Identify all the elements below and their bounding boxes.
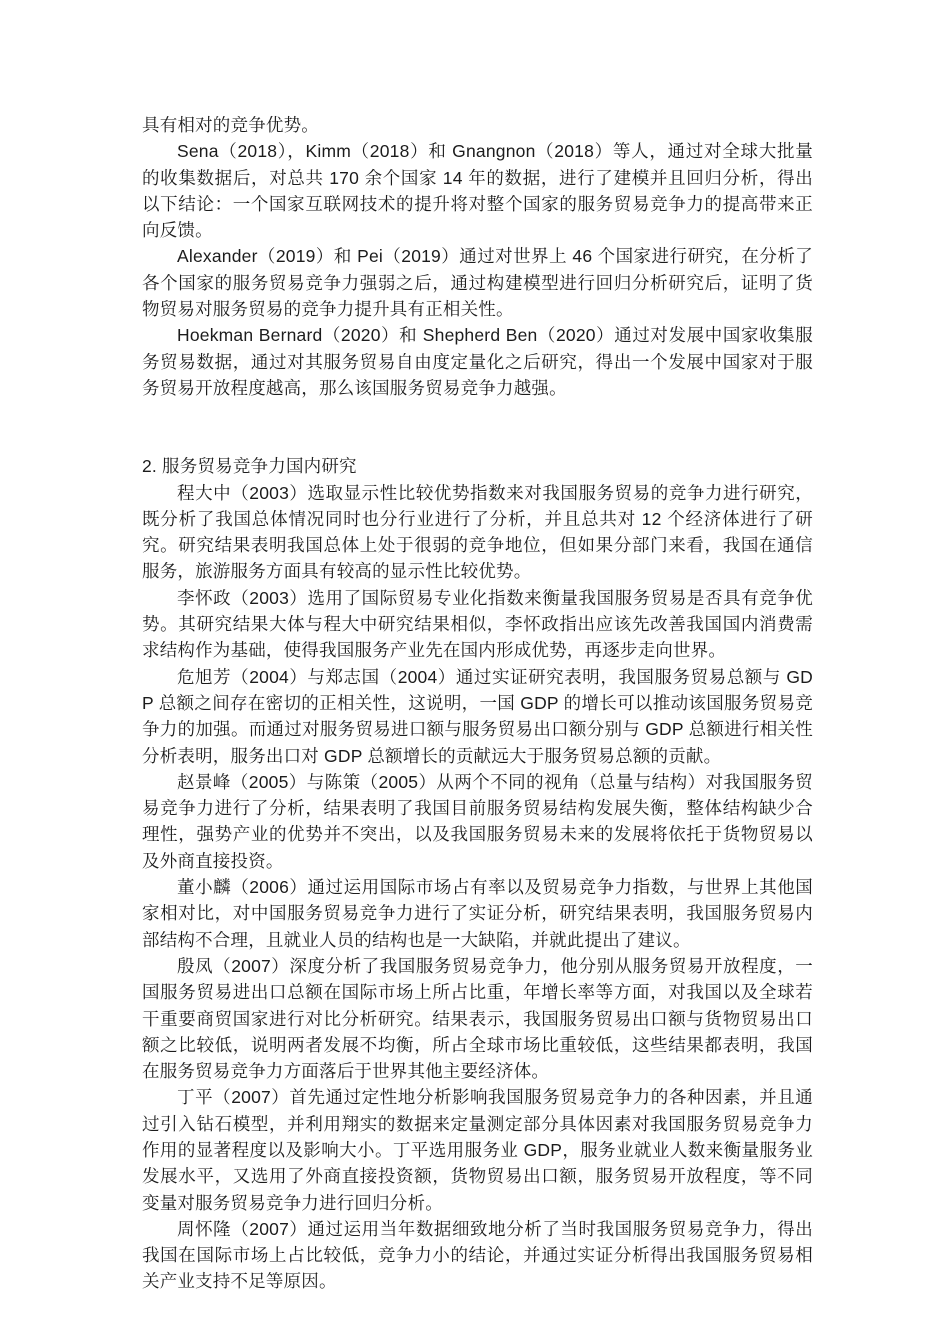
paragraph: 丁平（2007）首先通过定性地分析影响我国服务贸易竞争力的各种因素，并且通过引入… (142, 1084, 813, 1215)
paragraph: Sena（2018），Kimm（2018）和 Gnangnon（2018）等人，… (142, 138, 813, 243)
document-text-body: 具有相对的竞争优势。Sena（2018），Kimm（2018）和 Gnangno… (142, 112, 813, 1295)
paragraph: 程大中（2003）选取显示性比较优势指数来对我国服务贸易的竞争力进行研究，既分析… (142, 480, 813, 585)
paragraph: 殷凤（2007）深度分析了我国服务贸易竞争力，他分别从服务贸易开放程度，一国服务… (142, 953, 813, 1084)
paragraph: 周怀隆（2007）通过运用当年数据细致地分析了当时我国服务贸易竞争力，得出我国在… (142, 1216, 813, 1295)
paragraph: 李怀政（2003）选用了国际贸易专业化指数来衡量我国服务贸易是否具有竞争优势。其… (142, 585, 813, 664)
section-heading: 2. 服务贸易竞争力国内研究 (142, 453, 813, 479)
document-page[interactable]: 具有相对的竞争优势。Sena（2018），Kimm（2018）和 Gnangno… (0, 0, 950, 1344)
paragraph: 董小麟（2006）通过运用国际市场占有率以及贸易竞争力指数，与世界上其他国家相对… (142, 874, 813, 953)
paragraph: Alexander（2019）和 Pei（2019）通过对世界上 46 个国家进… (142, 243, 813, 322)
paragraph: 具有相对的竞争优势。 (142, 112, 813, 138)
paragraph: Hoekman Bernard（2020）和 Shepherd Ben（2020… (142, 322, 813, 401)
paragraph: 赵景峰（2005）与陈策（2005）从两个不同的视角（总量与结构）对我国服务贸易… (142, 769, 813, 874)
paragraph: 危旭芳（2004）与郑志国（2004）通过实证研究表明，我国服务贸易总额与 GD… (142, 664, 813, 769)
